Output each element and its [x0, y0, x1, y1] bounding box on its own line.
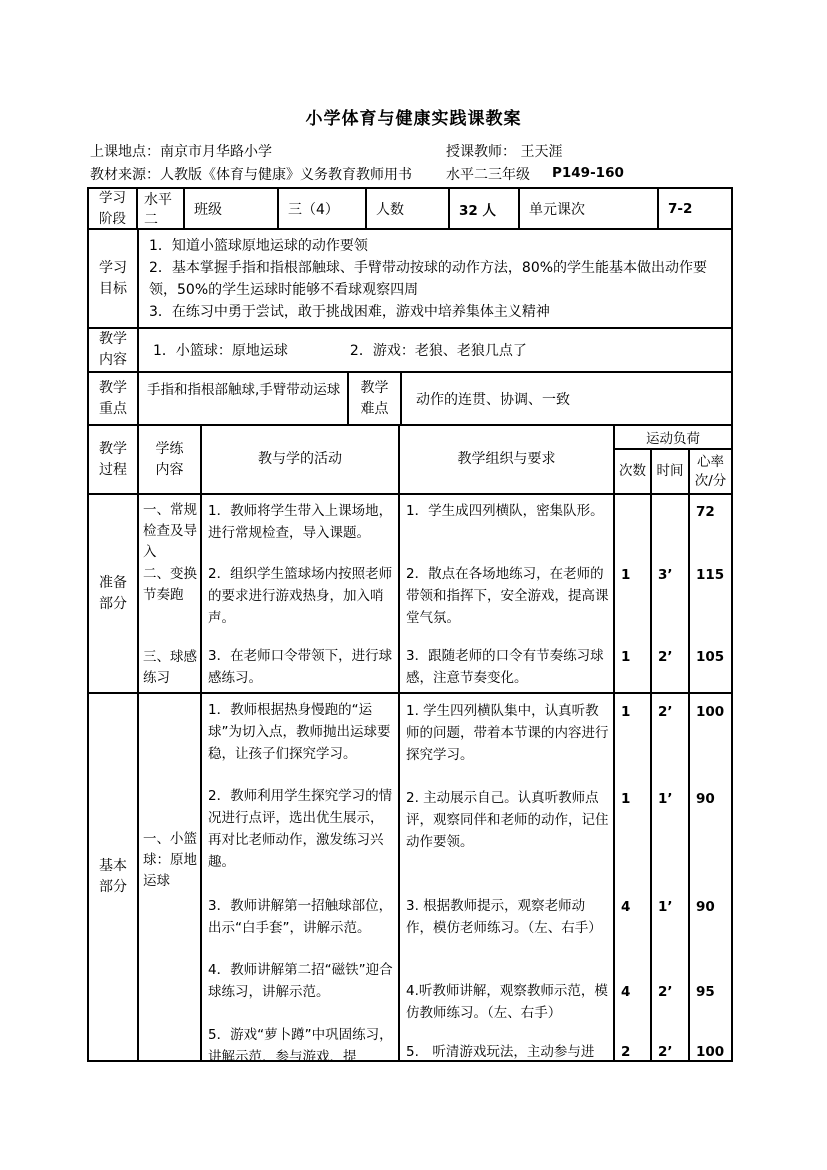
basic-activity: 3．教师讲解第一招触球部位，出示“白手套”，讲解示范。	[208, 895, 395, 939]
basic-section-label: 基本部分	[89, 694, 139, 1060]
basic-duration-cell: 2’ 1’ 1’ 2’ 2’	[652, 694, 690, 1060]
meta-teacher: 授课教师： 王天涯	[446, 141, 562, 161]
lesson-plan-page: 小学体育与健康实践课教案 上课地点：南京市月华路小学 授课教师： 王天涯 教材来…	[0, 0, 827, 1170]
meta-source: 教材来源：人教版《体育与健康》义务教育教师用书	[90, 164, 412, 184]
times-value: 1	[621, 565, 630, 585]
basic-activity: 2．教师利用学生探究学习的情况进行点评，选出优生展示，再对比老师动作，激发练习兴…	[208, 785, 395, 873]
unit-value-cell: 7-2	[659, 189, 731, 228]
load-title: 运动负荷	[615, 426, 731, 450]
times-value: 4	[621, 982, 630, 1002]
count-label-cell: 人数	[367, 189, 450, 228]
heartrate-value: 90	[696, 897, 715, 917]
load-header-cell: 运动负荷 次数 时间 心率 次/分	[615, 426, 731, 493]
times-value: 2	[621, 1042, 630, 1060]
prep-duration-cell: 3’ 2’	[652, 495, 690, 692]
count-value-cell: 32 人	[450, 189, 520, 228]
prep-content-item: 二、变换节奏跑	[143, 564, 198, 606]
times-value: 4	[621, 897, 630, 917]
class-label-cell: 班级	[185, 189, 279, 228]
heartrate-value: 100	[696, 1042, 724, 1060]
goal-item: 3．在练习中勇于尝试，敢于挑战困难，游戏中培养集体主义精神	[149, 301, 723, 323]
practice-col-header: 学练内容	[139, 426, 202, 493]
basic-activity: 4．教师讲解第二招“磁铁”迎合球练习，讲解示范。	[208, 959, 395, 1003]
basic-activity: 5．游戏“萝卜蹲”中巩固练习，讲解示范，参与游戏，提	[208, 1024, 395, 1060]
page-title: 小学体育与健康实践课教案	[0, 104, 827, 129]
prep-org-cell: 1．学生成四列横队，密集队形。 2．散点在各场地练习，在老师的带领和指挥下，安全…	[400, 495, 615, 692]
content-label: 教学内容	[89, 329, 139, 371]
heartrate-value: 90	[696, 789, 715, 809]
activity-col-header: 教与学的活动	[202, 426, 400, 493]
prep-activity: 2．组织学生篮球场内按照老师的要求进行游戏热身，加入哨声。	[208, 563, 395, 629]
goals-content: 1．知道小篮球原地运球的动作要领 2．基本掌握手指和指根部触球、手臂带动按球的动…	[139, 230, 731, 327]
basic-section-row: 基本部分 一、小篮球：原地运球 1．教师根据热身慢跑的“运球”为切入点，教师抛出…	[89, 694, 731, 1060]
organization-col-header: 教学组织与要求	[400, 426, 615, 493]
duration-value: 2’	[658, 702, 673, 722]
focus-label: 教学重点	[89, 373, 139, 424]
prep-contents-cell: 一、常规检查及导入 二、变换节奏跑 三、球感练习	[139, 495, 202, 692]
basic-org-cell: 1. 学生四列横队集中，认真听教师的问题，带着本节课的内容进行探究学习。 2. …	[400, 694, 615, 1060]
focus-value: 手指和指根部触球,手臂带动运球	[139, 373, 349, 424]
prep-content-item: 一、常规检查及导入	[143, 500, 198, 563]
content-row: 教学内容 1．小篮球：原地运球 2．游戏：老狼、老狼几点了	[89, 329, 731, 373]
class-value-cell: 三（4）	[279, 189, 367, 228]
basic-activities-cell: 1．教师根据热身慢跑的“运球”为切入点，教师抛出运球要稳，让孩子们探究学习。 2…	[202, 694, 400, 1060]
time-col-header: 时间	[652, 450, 690, 493]
times-value: 1	[621, 647, 630, 667]
basic-org-item: 3. 根据教师提示，观察老师动作，模仿老师练习。（左、右手）	[406, 895, 610, 939]
stage-value-cell: 水平二	[138, 189, 185, 228]
heartrate-col-header: 心率 次/分	[690, 450, 731, 493]
info-row: 学习阶段 水平二 班级 三（4） 人数 32 人 单元课次 7-2	[89, 189, 731, 230]
prep-org-item: 1．学生成四列横队，密集队形。	[406, 500, 610, 522]
basic-times-cell: 1 1 4 4 2	[615, 694, 652, 1060]
times-value: 1	[621, 789, 630, 809]
difficulty-value: 动作的连贯、协调、一致	[402, 373, 731, 424]
prep-activity: 1．教师将学生带入上课场地，进行常规检查，导入课题。	[208, 500, 395, 544]
heartrate-value: 72	[696, 502, 715, 522]
focus-row: 教学重点 手指和指根部触球,手臂带动运球 教学难点 动作的连贯、协调、一致	[89, 373, 731, 426]
basic-content-item: 一、小篮球：原地运球	[143, 829, 198, 892]
prep-content-item: 三、球感练习	[143, 647, 198, 689]
content-item-2: 2．游戏：老狼、老狼几点了	[350, 340, 527, 360]
content-cell: 1．小篮球：原地运球 2．游戏：老狼、老狼几点了	[139, 329, 731, 371]
basic-org-item: 1. 学生四列横队集中，认真听教师的问题，带着本节课的内容进行探究学习。	[406, 700, 610, 766]
goals-label: 学习目标	[89, 230, 139, 327]
heartrate-value: 105	[696, 647, 724, 667]
prep-activity: 3．在老师口令带领下，进行球感练习。	[208, 645, 395, 689]
process-header-row: 教学过程 学练内容 教与学的活动 教学组织与要求 运动负荷 次数 时间 心率 次…	[89, 426, 731, 495]
duration-value: 2’	[658, 1042, 673, 1060]
heartrate-value: 100	[696, 702, 724, 722]
duration-value: 2’	[658, 647, 673, 667]
duration-value: 1’	[658, 789, 673, 809]
duration-value: 2’	[658, 982, 673, 1002]
basic-contents-cell: 一、小篮球：原地运球	[139, 694, 202, 1060]
duration-value: 1’	[658, 897, 673, 917]
duration-value: 3’	[658, 565, 673, 585]
meta-location: 上课地点：南京市月华路小学	[90, 141, 272, 161]
prep-activities-cell: 1．教师将学生带入上课场地，进行常规检查，导入课题。 2．组织学生篮球场内按照老…	[202, 495, 400, 692]
goal-item: 2．基本掌握手指和指根部触球、手臂带动按球的动作方法，80%的学生能基本做出动作…	[149, 257, 723, 301]
meta-level: 水平二三年级	[446, 164, 530, 184]
prep-section-row: 准备部分 一、常规检查及导入 二、变换节奏跑 三、球感练习 1．教师将学生带入上…	[89, 495, 731, 694]
unit-label-cell: 单元课次	[520, 189, 659, 228]
basic-org-item: 2. 主动展示自己。认真听教师点评，观察同伴和老师的动作，记住动作要领。	[406, 787, 610, 853]
prep-org-item: 3．跟随老师的口令有节奏练习球感，注意节奏变化。	[406, 645, 610, 689]
basic-activity: 1．教师根据热身慢跑的“运球”为切入点，教师抛出运球要稳，让孩子们探究学习。	[208, 699, 395, 765]
basic-heartrate-cell: 100 90 90 95 100	[690, 694, 731, 1060]
prep-times-cell: 1 1	[615, 495, 652, 692]
load-subheaders: 次数 时间 心率 次/分	[615, 450, 731, 493]
heartrate-value: 95	[696, 982, 715, 1002]
prep-section-label: 准备部分	[89, 495, 139, 692]
process-col-header: 教学过程	[89, 426, 139, 493]
times-col-header: 次数	[615, 450, 652, 493]
times-value: 1	[621, 702, 630, 722]
goals-row: 学习目标 1．知道小篮球原地运球的动作要领 2．基本掌握手指和指根部触球、手臂带…	[89, 230, 731, 329]
basic-org-item: 5. 听清游戏玩法，主动参与进	[406, 1041, 610, 1060]
prep-org-item: 2．散点在各场地练习，在老师的带领和指挥下，安全游戏，提高课堂气氛。	[406, 563, 610, 629]
goal-item: 1．知道小篮球原地运球的动作要领	[149, 235, 723, 257]
stage-label-cell: 学习阶段	[89, 189, 138, 228]
basic-org-item: 4.听教师讲解，观察教师示范，模仿教师练习。（左、右手）	[406, 980, 610, 1024]
content-item-1: 1．小篮球：原地运球	[153, 340, 288, 360]
lesson-plan-table: 学习阶段 水平二 班级 三（4） 人数 32 人 单元课次 7-2 学习目标 1…	[87, 187, 733, 1062]
meta-pages: P149-160	[552, 165, 624, 181]
difficulty-label: 教学难点	[349, 373, 402, 424]
prep-heartrate-cell: 72 115 105	[690, 495, 731, 692]
heartrate-value: 115	[696, 565, 724, 585]
